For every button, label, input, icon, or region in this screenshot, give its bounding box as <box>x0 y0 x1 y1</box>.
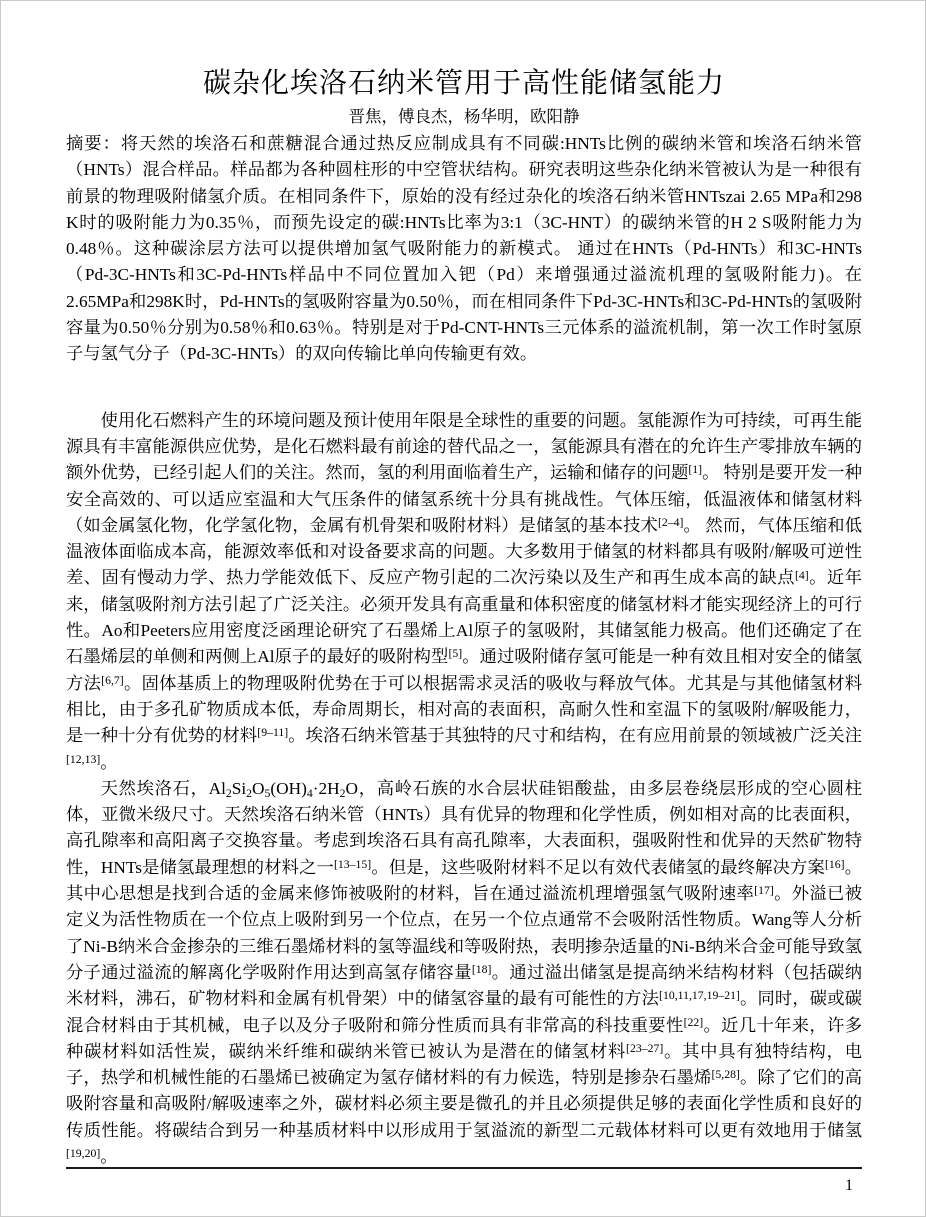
body-text: 使用化石燃料产生的环境问题及预计使用年限是全球性的重要的问题。氢能源作为可持续，… <box>66 408 862 1171</box>
page-number: 1 <box>845 1175 853 1197</box>
paper-title: 碳杂化埃洛石纳米管用于高性能储氢能力 <box>66 65 862 103</box>
paper-authors: 晋焦，傅良杰，杨华明，欧阳静 <box>66 104 862 129</box>
body-paragraph-2: 天然埃洛石，Al2Si2O5(OH)4·2H2O，高岭石族的水合层状硅铝酸盐，由… <box>66 776 862 1170</box>
body-paragraph-1: 使用化石燃料产生的环境问题及预计使用年限是全球性的重要的问题。氢能源作为可持续，… <box>66 408 862 776</box>
abstract-paragraph: 摘要：将天然的埃洛石和蔗糖混合通过热反应制成具有不同碳:HNTs比例的碳纳米管和… <box>66 131 862 368</box>
page-content: 碳杂化埃洛石纳米管用于高性能储氢能力 晋焦，傅良杰，杨华明，欧阳静 摘要：将天然… <box>66 1 862 1170</box>
document-page: 碳杂化埃洛石纳米管用于高性能储氢能力 晋焦，傅良杰，杨华明，欧阳静 摘要：将天然… <box>0 0 926 1217</box>
footer-divider <box>66 1167 862 1169</box>
